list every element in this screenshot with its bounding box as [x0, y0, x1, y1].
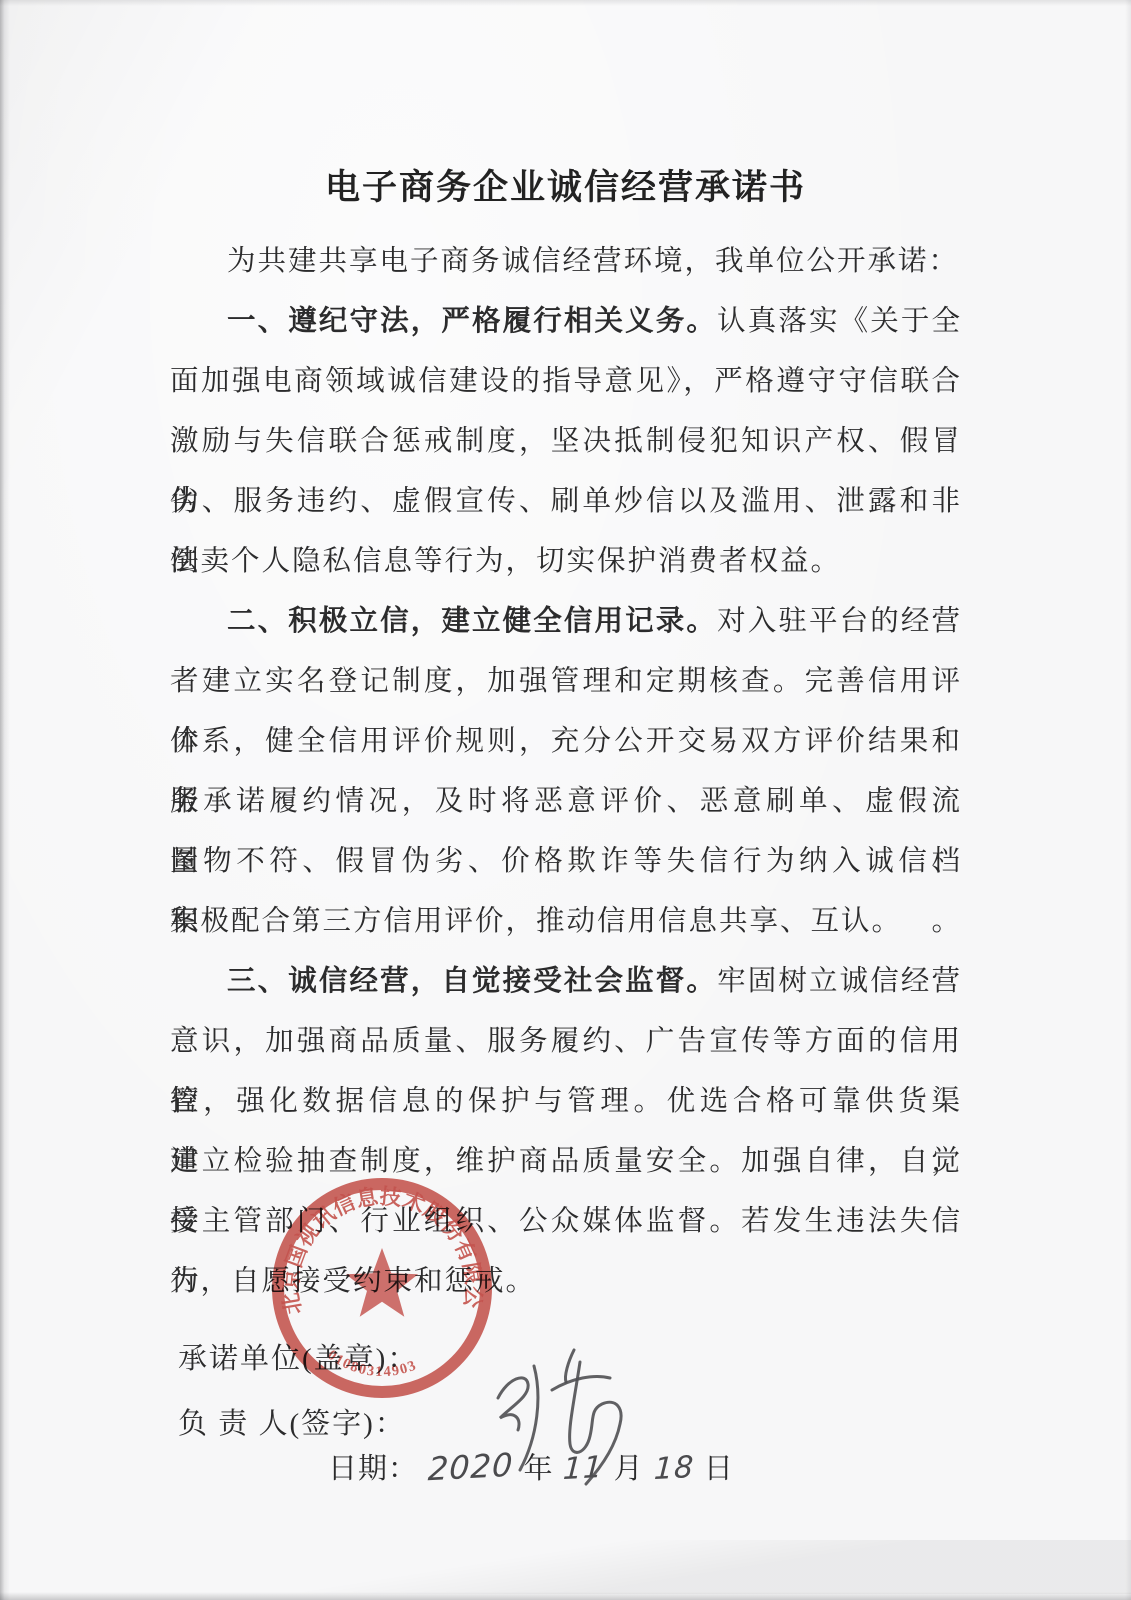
body-line: 务承诺履约情况，及时将恶意评价、恶意刷单、虚假流量、 [170, 772, 962, 832]
line-text-segment: 认真落实《关于全 [717, 306, 962, 337]
scanned-document-page: 电子商务企业诚信经营承诺书 为共建共享电子商务诚信经营环境，我单位公开承诺： 一… [0, 0, 1131, 1600]
body-line: 受主管部门、行业组织、公众媒体监督。若发生违法失信行 [170, 1192, 962, 1252]
date-line: 日期： 2020 年 11 月 18 日 [328, 1446, 742, 1487]
body-line: 积极配合第三方信用评价，推动信用信息共享、互认。 [170, 892, 962, 952]
unit-seal-label: 承诺单位(盖章)： [178, 1336, 418, 1377]
document-body: 为共建共享电子商务诚信经营环境，我单位公开承诺： 一、遵纪守法，严格履行相关义务… [170, 232, 962, 1312]
body-line: 一、遵纪守法，严格履行相关义务。认真落实《关于全 [170, 292, 962, 352]
body-line: 面加强电商领域诚信建设的指导意见》，严格遵守守信联合 [170, 352, 962, 412]
document-title: 电子商务企业诚信经营承诺书 [0, 160, 1131, 210]
body-line: 体系，健全信用评价规则，充分公开交易双方评价结果和服 [170, 712, 962, 772]
body-line: 控，强化数据信息的保护与管理。优选合格可靠供货渠道， [170, 1072, 962, 1132]
line-text-segment: 对入驻平台的经营 [717, 606, 962, 637]
scan-edge-bottom [0, 1592, 1131, 1600]
body-line: 劣、服务违约、虚假宣传、刷单炒信以及滥用、泄露和非法 [170, 472, 962, 532]
body-line: 倒卖个人隐私信息等行为，切实保护消费者权益。 [170, 532, 962, 592]
body-line: 建立检验抽查制度，维护商品质量安全。加强自律，自觉接 [170, 1132, 962, 1192]
date-month-handwritten: 11 [563, 1450, 605, 1487]
body-line: 激励与失信联合惩戒制度，坚决抵制侵犯知识产权、假冒伪 [170, 412, 962, 472]
body-line: 意识，加强商品质量、服务履约、广告宣传等方面的信用管 [170, 1012, 962, 1072]
day-suffix: 日 [704, 1446, 734, 1487]
line-bold-segment: 三、诚信经营，自觉接受社会监督。 [227, 966, 717, 997]
date-day-handwritten: 18 [653, 1450, 695, 1487]
date-year-handwritten: 2020 [427, 1446, 514, 1489]
month-suffix: 月 [614, 1446, 644, 1487]
line-text-segment: 为共建共享电子商务诚信经营环境，我单位公开承诺： [227, 246, 959, 277]
line-bold-segment: 二、积极立信，建立健全信用记录。 [227, 606, 717, 637]
body-line: 者建立实名登记制度，加强管理和定期核查。完善信用评价 [170, 652, 962, 712]
body-line: 图物不符、假冒伪劣、价格欺诈等失信行为纳入诚信档案。 [170, 832, 962, 892]
line-text-segment: 积极配合第三方信用评价，推动信用信息共享、互认。 [170, 906, 902, 937]
year-suffix: 年 [523, 1446, 553, 1487]
scan-edge-top [0, 0, 1131, 6]
body-line: 为共建共享电子商务诚信经营环境，我单位公开承诺： [170, 232, 962, 292]
date-label: 日期： [328, 1446, 418, 1487]
line-text-segment: 为，自愿接受约束和惩戒。 [170, 1266, 536, 1297]
body-line: 为，自愿接受约束和惩戒。 [170, 1252, 962, 1312]
body-line: 二、积极立信，建立健全信用记录。对入驻平台的经营 [170, 592, 962, 652]
paper-shading [0, 1540, 1131, 1594]
line-text-segment: 倒卖个人隐私信息等行为，切实保护消费者权益。 [170, 546, 841, 577]
line-text-segment: 面加强电商领域诚信建设的指导意见》，严格遵守守信联合 [170, 366, 962, 397]
scan-edge-right [1125, 0, 1131, 1600]
scan-edge-left [0, 0, 10, 1600]
line-text-segment: 牢固树立诚信经营 [717, 966, 962, 997]
line-bold-segment: 一、遵纪守法，严格履行相关义务。 [227, 306, 717, 337]
body-line: 三、诚信经营，自觉接受社会监督。牢固树立诚信经营 [170, 952, 962, 1012]
responsible-person-label: 负 责 人(签字)： [178, 1401, 406, 1442]
